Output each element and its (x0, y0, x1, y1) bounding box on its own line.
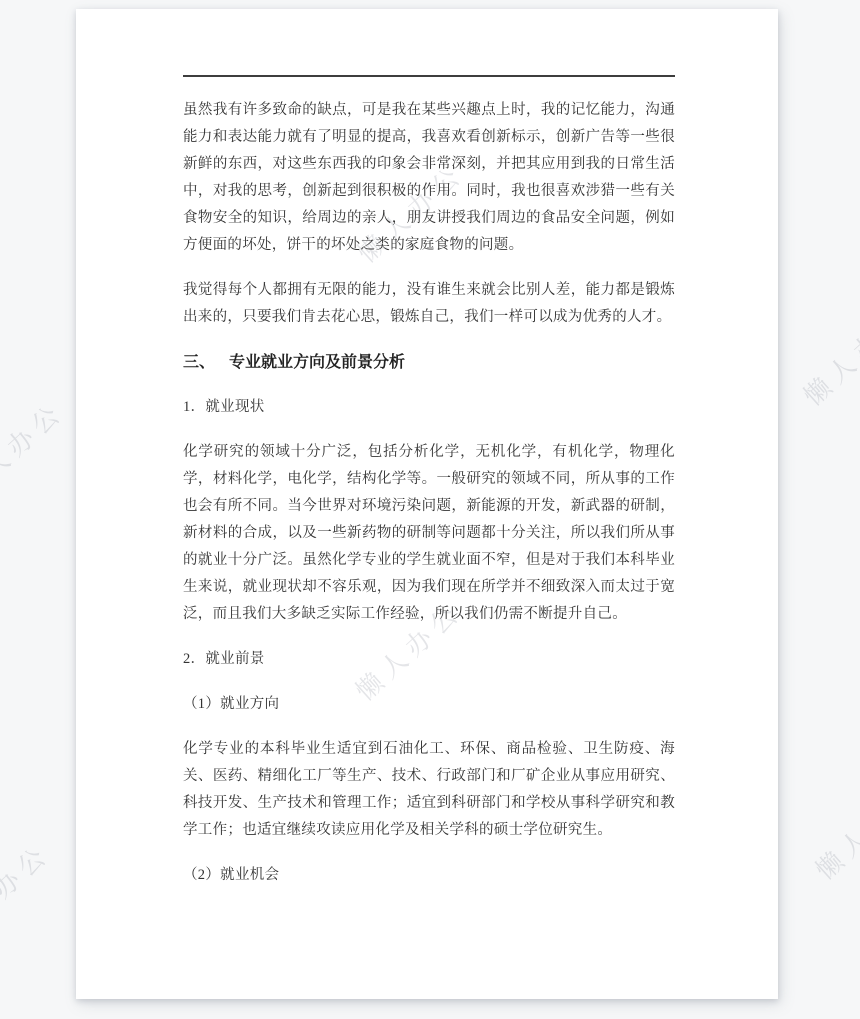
body-paragraph-self-strengths: 虽然我有许多致命的缺点，可是我在某些兴趣点上时，我的记忆能力，沟通能力和表达能力… (183, 97, 675, 259)
section-heading-title: 专业就业方向及前景分析 (229, 354, 405, 371)
section-heading-number: 三、 (183, 354, 215, 371)
list-item-employment-opportunity: （2）就业机会 (183, 862, 675, 889)
watermark-text: 懒人办公 (0, 392, 71, 508)
list-item-employment-status: 1．就业现状 (183, 394, 675, 421)
list-item-employment-prospects: 2．就业前景 (183, 646, 675, 673)
list-item-employment-direction: （1）就业方向 (183, 691, 675, 718)
document-content: 虽然我有许多致命的缺点，可是我在某些兴趣点上时，我的记忆能力，沟通能力和表达能力… (183, 75, 675, 889)
body-paragraph-employment-status: 化学研究的领域十分广泛，包括分析化学，无机化学，有机化学，物理化学，材料化学，电… (183, 439, 675, 628)
body-paragraph-self-belief: 我觉得每个人都拥有无限的能力，没有谁生来就会比别人差，能力都是锻炼出来的，只要我… (183, 277, 675, 331)
watermark-text: 懒人办公 (807, 771, 860, 887)
watermark-text: 懒人办公 (795, 297, 860, 413)
top-rule-divider (183, 75, 675, 77)
canvas: { "canvas": { "background": "#f6f7f8" },… (0, 0, 860, 1019)
body-paragraph-employment-direction: 化学专业的本科毕业生适宜到石油化工、环保、商品检验、卫生防疫、海关、医药、精细化… (183, 736, 675, 844)
document-page: 虽然我有许多致命的缺点，可是我在某些兴趣点上时，我的记忆能力，沟通能力和表达能力… (76, 9, 778, 999)
watermark-text: 懒人办公 (0, 834, 57, 950)
section-heading: 三、专业就业方向及前景分析 (183, 349, 675, 376)
